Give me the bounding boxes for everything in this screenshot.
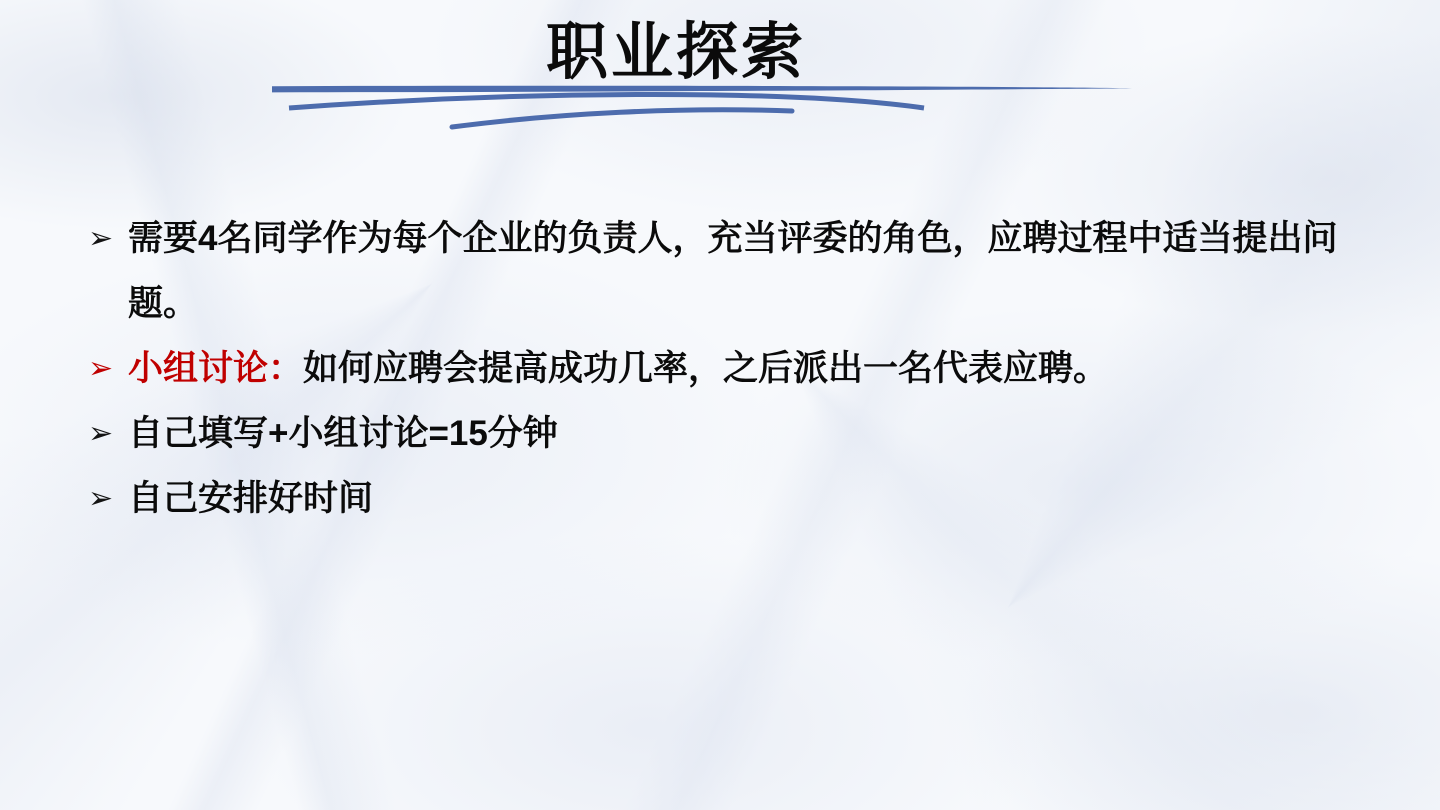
bullet-item: ➢ 自己填写+小组讨论=15分钟 xyxy=(88,401,1356,466)
bullet-item: ➢ 自己安排好时间 xyxy=(88,466,1356,531)
bullet-text-body: 如何应聘会提高成功几率，之后派出一名代表应聘。 xyxy=(303,349,1108,388)
bullet-text: 小组讨论：如何应聘会提高成功几率，之后派出一名代表应聘。 xyxy=(128,336,1356,401)
arrow-bullet-icon: ➢ xyxy=(88,401,128,466)
bullet-item: ➢ 需要4名同学作为每个企业的负责人，充当评委的角色，应聘过程中适当提出问题。 xyxy=(88,206,1356,336)
title-underline-swoosh xyxy=(0,80,1440,142)
bullet-text: 需要4名同学作为每个企业的负责人，充当评委的角色，应聘过程中适当提出问题。 xyxy=(128,206,1356,336)
bullet-text: 自己填写+小组讨论=15分钟 xyxy=(128,401,1356,466)
arrow-bullet-icon: ➢ xyxy=(88,466,128,531)
slide-title: 职业探索 xyxy=(0,2,1396,91)
swoosh-long-curve xyxy=(289,94,924,108)
arrow-bullet-icon: ➢ xyxy=(88,206,128,271)
swoosh-straight-line xyxy=(272,86,1138,93)
bullet-list: ➢ 需要4名同学作为每个企业的负责人，充当评委的角色，应聘过程中适当提出问题。 … xyxy=(88,206,1356,531)
bullet-lead-highlight: 小组讨论： xyxy=(128,349,303,388)
bullet-item: ➢ 小组讨论：如何应聘会提高成功几率，之后派出一名代表应聘。 xyxy=(88,336,1356,401)
arrow-bullet-icon: ➢ xyxy=(88,336,128,401)
bullet-text: 自己安排好时间 xyxy=(128,466,1356,531)
presentation-slide: 职业探索 ➢ 需要4名同学作为每个企业的负责人，充当评委的角色，应聘过程中适当提… xyxy=(0,0,1440,810)
swoosh-short-curve xyxy=(452,110,792,127)
